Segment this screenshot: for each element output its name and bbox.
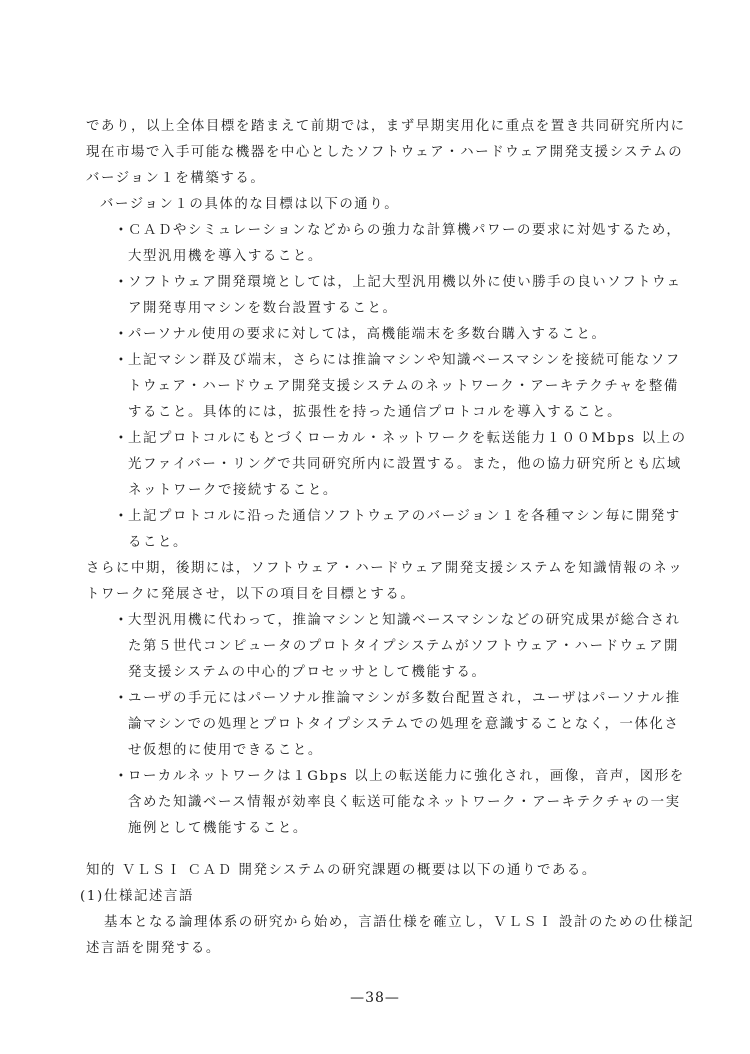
v1-item-5-line-2: 光ファイバー・リングで共同研究所内に設置する。また，他の協力研究所とも広域 bbox=[128, 456, 682, 474]
v1-item-6-line-2: ること。 bbox=[128, 534, 188, 552]
bullet-icon: • bbox=[118, 508, 124, 526]
later-item-3-line-2: 含めた知識ベース情報が効率良く転送可能なネットワーク・アーキテクチャの一実 bbox=[128, 794, 681, 812]
later-item-1-line-3: 発支援システムの中心的プロセッサとして機能する。 bbox=[128, 664, 486, 682]
later-item-1-line-1: 大型汎用機に代わって，推論マシンと知識ベースマシンなどの研究成果が総合され bbox=[128, 612, 681, 630]
intro-line-1: であり，以上全体目標を踏まえて前期では，まず早期実用化に重点を置き共同研究所内に bbox=[86, 118, 686, 136]
section-1-title: 仕様記述言語 bbox=[104, 888, 194, 906]
bullet-icon: • bbox=[118, 690, 124, 708]
v1-item-5-line-3: ネットワークで接続すること。 bbox=[128, 482, 338, 500]
bullet-icon: • bbox=[118, 326, 124, 344]
v1-item-3-line-1: パーソナル使用の要求に対しては，高機能端末を多数台購入すること。 bbox=[128, 326, 607, 344]
bullet-icon: • bbox=[118, 430, 124, 448]
v1-item-4-line-1: 上記マシン群及び端末，さらには推論マシンや知識ベースマシンを接続可能なソフ bbox=[128, 352, 681, 370]
intro-line-3: バージョン１を構築する。 bbox=[86, 170, 265, 188]
later-lead-line-1: さらに中期，後期には，ソフトウェア・ハードウェア開発支援システムを知識情報のネッ bbox=[86, 560, 683, 578]
later-item-3-line-3: 施例として機能すること。 bbox=[128, 820, 308, 838]
later-lead-line-2: トワークに発展させ，以下の項目を目標とする。 bbox=[86, 586, 415, 604]
later-item-1-line-2: た第５世代コンピュータのプロトタイプシステムがソフトウェア・ハードウェア開 bbox=[128, 638, 679, 656]
v1-item-4-line-2: トウェア・ハードウェア開発支援システムのネットワーク・アーキテクチャを整備 bbox=[128, 378, 679, 396]
page-number: —38— bbox=[0, 990, 750, 1006]
intro-line-2: 現在市場で入手可能な機器を中心としたソフトウェア・ハードウェア開発支援システムの bbox=[86, 144, 683, 162]
vlsi-lead: 知的 ＶＬＳＩ ＣＡＤ 開発システムの研究課題の概要は以下の通りである。 bbox=[86, 862, 597, 880]
later-item-2-line-2: 論マシンでの処理とプロトタイプシステムでの処理を意識することなく，一体化さ bbox=[128, 716, 680, 734]
later-item-3-line-1: ローカルネットワークは１Gbps 以上の転送能力に強化され，画像，音声，図形を bbox=[128, 768, 685, 786]
version1-lead: バージョン１の具体的な目標は以下の通り。 bbox=[100, 196, 399, 214]
v1-item-2-line-2: ア開発専用マシンを数台設置すること。 bbox=[128, 300, 398, 318]
bullet-icon: • bbox=[118, 612, 124, 630]
section-1-number: (1) bbox=[80, 888, 104, 906]
bullet-icon: • bbox=[118, 768, 124, 786]
v1-item-1-line-2: 大型汎用機を導入すること。 bbox=[128, 248, 323, 266]
section-1-body-line-1: 基本となる論理体系の研究から始め，言語仕様を確立し，ＶＬＳＩ 設計のための仕様記 bbox=[104, 914, 694, 932]
v1-item-5-line-1: 上記プロトコルにもとづくローカル・ネットワークを転送能力１００Mbps 以上の bbox=[128, 430, 687, 448]
bullet-icon: • bbox=[118, 274, 124, 292]
v1-item-2-line-1: ソフトウェア開発環境としては，上記大型汎用機以外に使い勝手の良いソフトウェ bbox=[128, 274, 682, 292]
later-item-2-line-1: ユーザの手元にはパーソナル推論マシンが多数台配置され，ユーザはパーソナル推 bbox=[128, 690, 681, 708]
later-item-2-line-3: せ仮想的に使用できること。 bbox=[128, 742, 323, 760]
v1-item-1-line-1: ＣＡＤやシミュレーションなどからの強力な計算機パワーの要求に対処するため， bbox=[128, 222, 681, 240]
v1-item-6-line-1: 上記プロトコルに沿った通信ソフトウェアのバージョン１を各種マシン毎に開発す bbox=[128, 508, 681, 526]
section-1-body-line-2: 述言語を開発する。 bbox=[86, 940, 221, 958]
v1-item-4-line-3: すること。具体的には，拡張性を持った通信プロトコルを導入すること。 bbox=[128, 404, 622, 422]
bullet-icon: • bbox=[118, 352, 124, 370]
bullet-icon: • bbox=[118, 222, 124, 240]
